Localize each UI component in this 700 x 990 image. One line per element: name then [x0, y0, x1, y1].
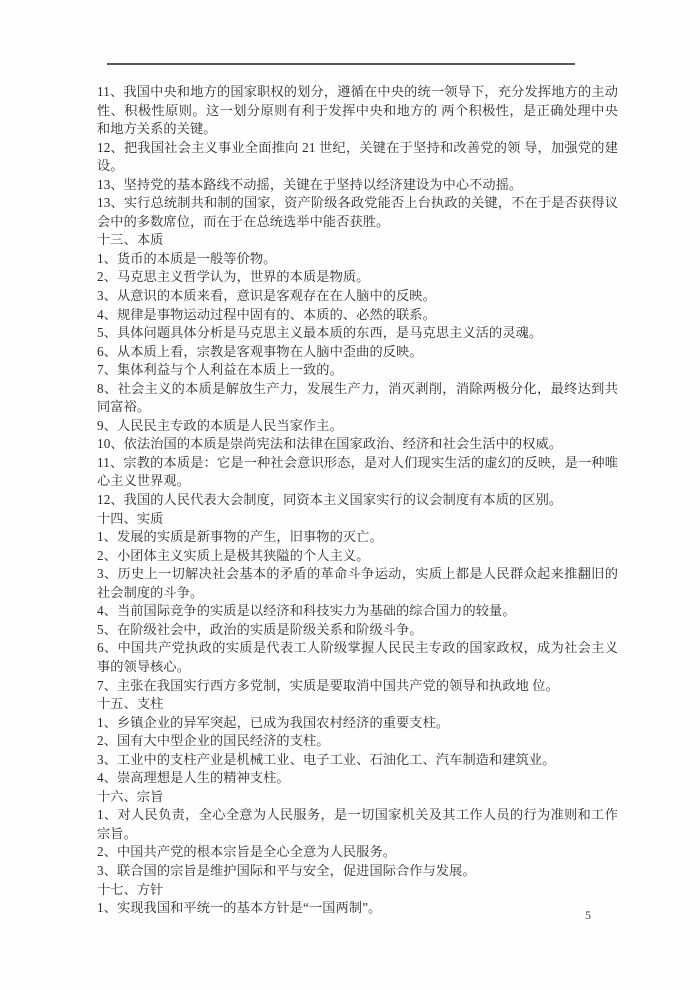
numbered-item: 3、历史上一切解决社会基本的矛盾的革命斗争运动，实质上都是人民群众起来推翻旧的社…	[97, 565, 618, 602]
numbered-item: 6、从本质上看，宗教是客观事物在人脑中歪曲的反映。	[97, 343, 618, 362]
document-page: 11、我国中央和地方的国家职权的划分，遵循在中央的统一领导下，充分发挥地方的主动…	[0, 0, 700, 990]
section-heading: 十三、本质	[97, 231, 618, 250]
numbered-item: 8、社会主义的本质是解放生产力，发展生产力，消灭剥削，消除两极分化，最终达到共同…	[97, 380, 618, 417]
numbered-item: 2、国有大中型企业的国民经济的支柱。	[97, 732, 618, 751]
numbered-item: 1、实现我国和平统一的基本方针是“一国两制”。	[97, 899, 618, 918]
numbered-item: 1、乡镇企业的异军突起，已成为我国农村经济的重要支柱。	[97, 714, 618, 733]
numbered-item: 12、把我国社会主义事业全面推向 21 世纪，关键在于坚持和改善党的领 导，加强…	[97, 139, 618, 176]
numbered-item: 1、对人民负责，全心全意为人民服务，是一切国家机关及其工作人员的行为准则和工作宗…	[97, 806, 618, 843]
numbered-item: 12、我国的人民代表大会制度，同资本主义国家实行的议会制度有本质的区别。	[97, 491, 618, 510]
numbered-item: 10、依法治国的本质是崇尚宪法和法律在国家政治、经济和社会生活中的权威。	[97, 435, 618, 454]
numbered-item: 4、崇高理想是人生的精神支柱。	[97, 769, 618, 788]
numbered-item: 3、工业中的支柱产业是机械工业、电子工业、石油化工、汽车制造和建筑业。	[97, 751, 618, 770]
numbered-item: 2、小团体主义实质上是极其狭隘的个人主义。	[97, 547, 618, 566]
numbered-item: 7、集体利益与个人利益在本质上一致的。	[97, 361, 618, 380]
section-heading: 十五、支柱	[97, 695, 618, 714]
numbered-item: 2、马克思主义哲学认为，世界的本质是物质。	[97, 268, 618, 287]
numbered-item: 13、实行总统制共和制的国家，资产阶级各政党能否上台执政的关键，不在于是否获得议…	[97, 194, 618, 231]
numbered-item: 4、当前国际竞争的实质是以经济和科技实力为基础的综合国力的较量。	[97, 602, 618, 621]
numbered-item: 6、中国共产党执政的实质是代表工人阶级掌握人民民主专政的国家政权，成为社会主义事…	[97, 639, 618, 676]
section-heading: 十六、宗旨	[97, 788, 618, 807]
numbered-item: 11、宗教的本质是：它是一种社会意识形态，是对人们现实生活的虚幻的反映，是一种唯…	[97, 454, 618, 491]
numbered-item: 13、坚持党的基本路线不动摇，关键在于坚持以经济建设为中心不动摇。	[97, 176, 618, 195]
section-heading: 十四、实质	[97, 510, 618, 529]
section-heading: 十七、方针	[97, 881, 618, 900]
numbered-item: 1、货币的本质是一般等价物。	[97, 250, 618, 269]
numbered-item: 5、在阶级社会中，政治的实质是阶级关系和阶级斗争。	[97, 621, 618, 640]
numbered-item: 2、中国共产党的根本宗旨是全心全意为人民服务。	[97, 843, 618, 862]
numbered-item: 4、规律是事物运动过程中固有的、本质的、必然的联系。	[97, 306, 618, 325]
numbered-item: 7、主张在我国实行西方多党制，实质是要取消中国共产党的领导和执政地 位。	[97, 677, 618, 696]
header-rule	[107, 63, 575, 65]
numbered-item: 3、从意识的本质来看，意识是客观存在在人脑中的反映。	[97, 287, 618, 306]
page-number: 5	[585, 908, 591, 923]
numbered-item: 1、发展的实质是新事物的产生，旧事物的灭亡。	[97, 528, 618, 547]
numbered-item: 11、我国中央和地方的国家职权的划分，遵循在中央的统一领导下，充分发挥地方的主动…	[97, 83, 618, 139]
document-content: 11、我国中央和地方的国家职权的划分，遵循在中央的统一领导下，充分发挥地方的主动…	[97, 83, 618, 918]
numbered-item: 9、人民民主专政的本质是人民当家作主。	[97, 417, 618, 436]
numbered-item: 5、具体问题具体分析是马克思主义最本质的东西，是马克思主义活的灵魂。	[97, 324, 618, 343]
numbered-item: 3、联合国的宗旨是维护国际和平与安全，促进国际合作与发展。	[97, 862, 618, 881]
